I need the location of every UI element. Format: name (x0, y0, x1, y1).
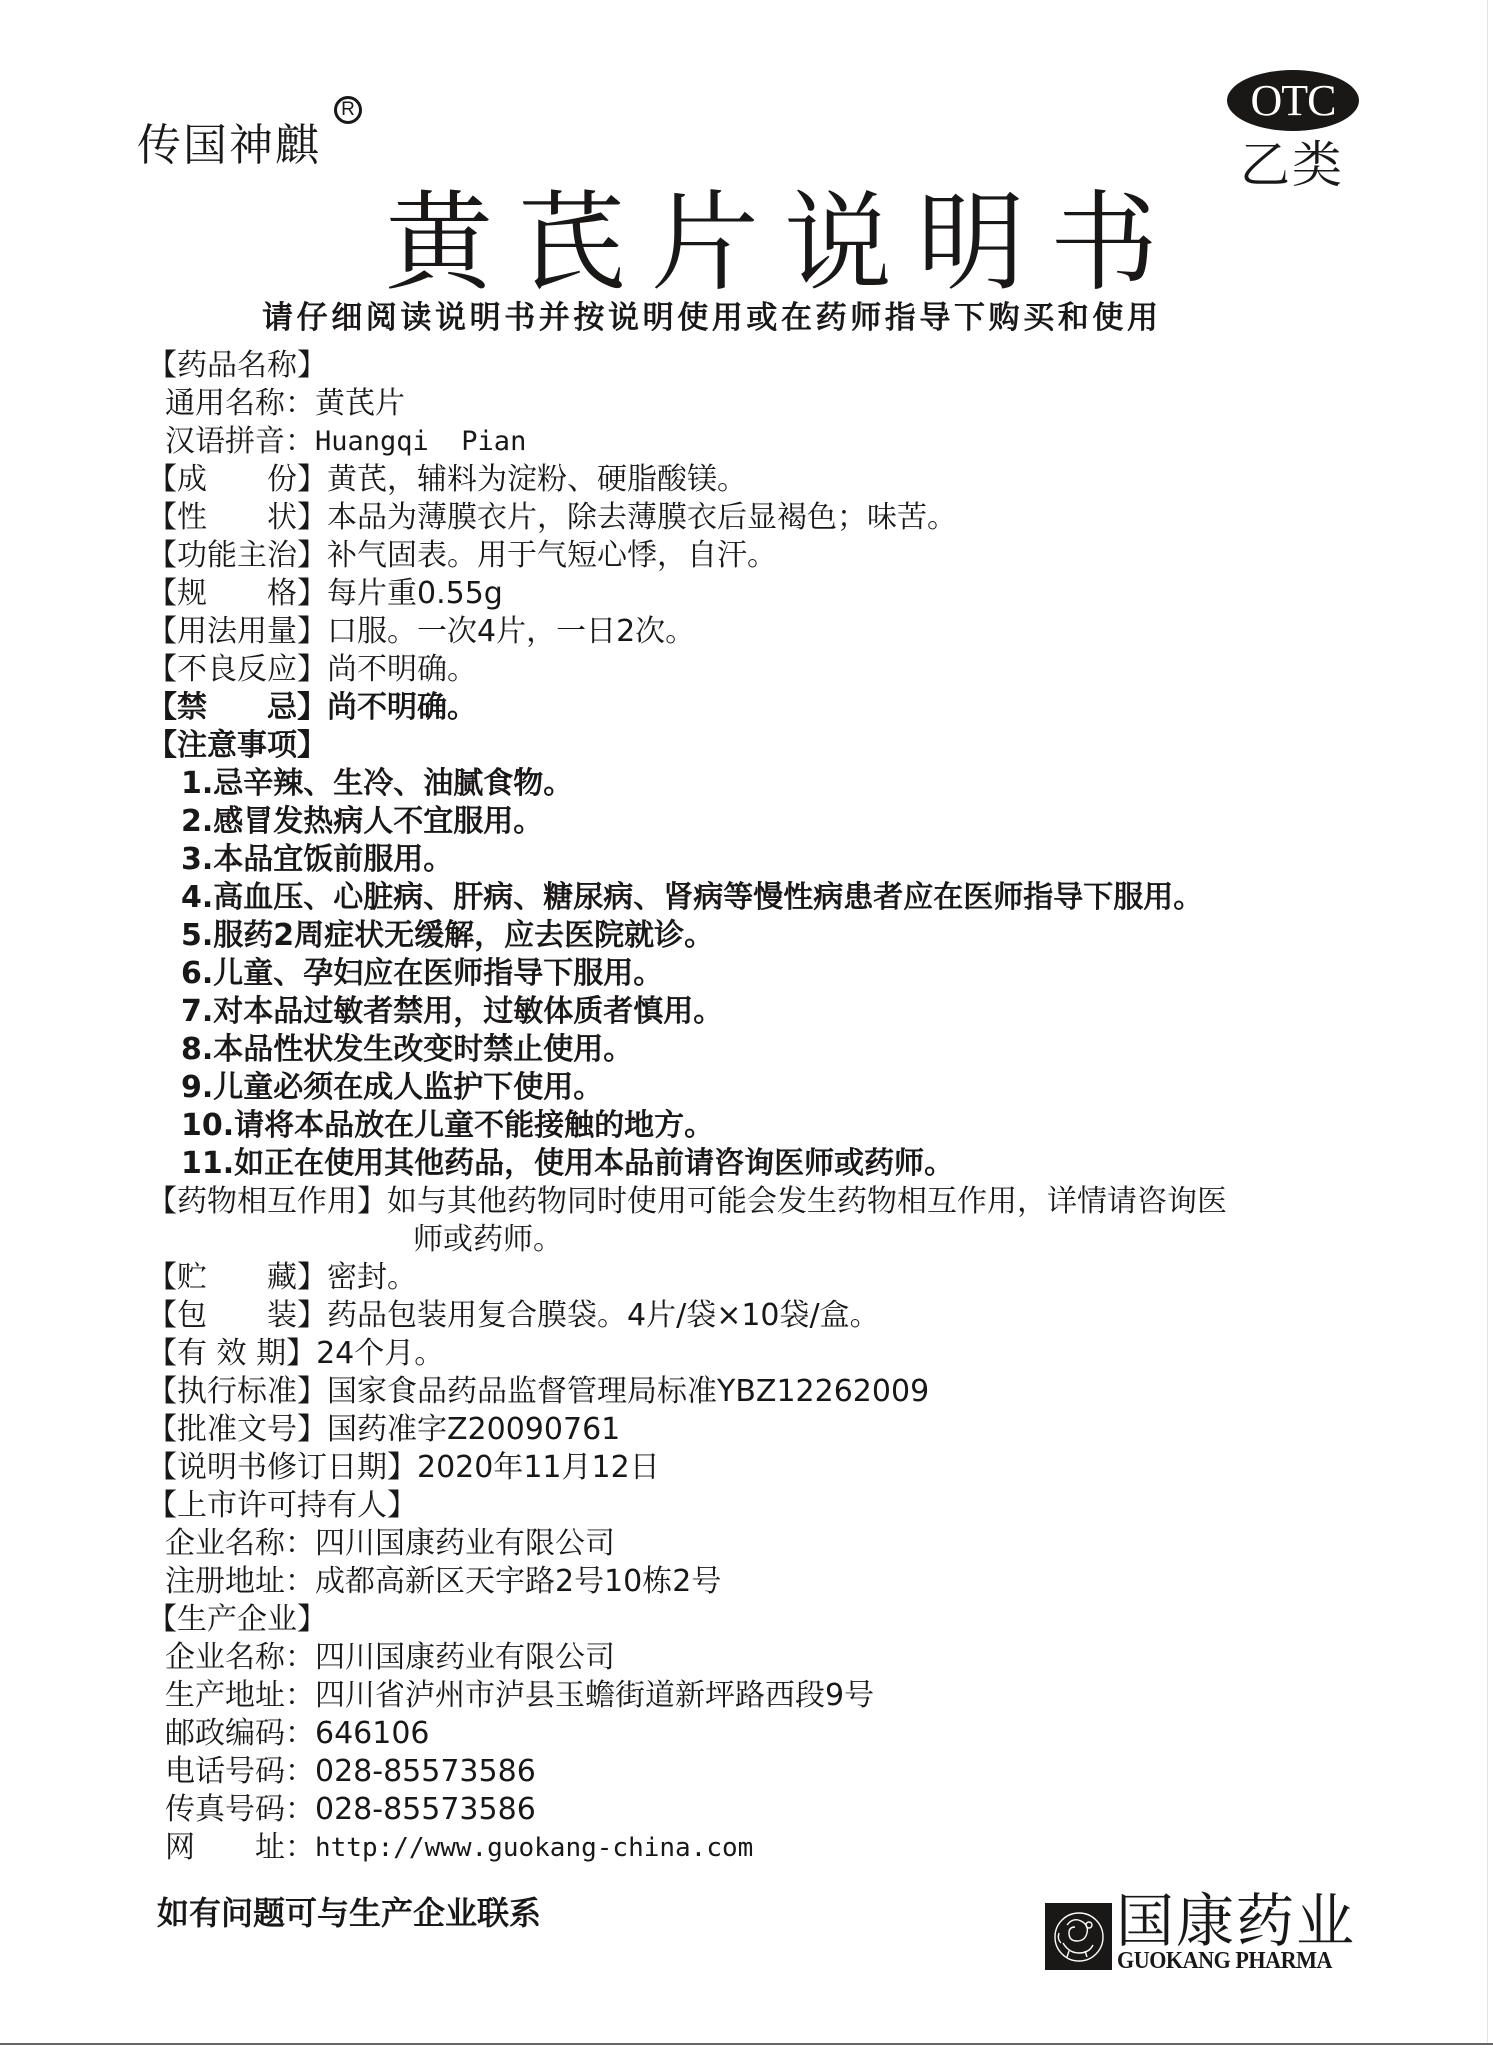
precautions-heading: 【注意事项】 (147, 727, 1387, 765)
section-label: 【成 份】 (147, 461, 327, 499)
company-logo-icon (1045, 1903, 1112, 1970)
interactions-row: 【药物相互作用】 如与其他药物同时使用可能会发生药物相互作用，详情请咨询医 (147, 1183, 1387, 1221)
revision-date-row: 【说明书修订日期】 2020年11月12日 (147, 1449, 1387, 1487)
packaging-value: 药品包装用复合膜袋。4片/袋×10袋/盒。 (327, 1297, 880, 1335)
field-label: 生产地址： (165, 1677, 315, 1715)
dosage-value: 口服。一次4片，一日2次。 (327, 613, 695, 651)
fax-value: 028-85573586 (315, 1791, 536, 1829)
section-label: 【性 状】 (147, 499, 327, 537)
section-label: 【生产企业】 (147, 1601, 327, 1639)
revision-date-value: 2020年11月12日 (417, 1449, 660, 1487)
manufacturer-address-value: 四川省泸州市泸县玉蟾街道新坪路西段9号 (315, 1677, 874, 1715)
section-label: 【贮 藏】 (147, 1259, 327, 1297)
mah-address-row: 注册地址： 成都高新区天宇路2号10栋2号 (147, 1563, 1387, 1601)
precaution-item: 9.儿童必须在成人监护下使用。 (147, 1069, 1387, 1107)
ingredients-row: 【成 份】 黄芪，辅料为淀粉、硬脂酸镁。 (147, 461, 1387, 499)
adverse-reactions-value: 尚不明确。 (327, 651, 477, 689)
field-label: 传真号码： (165, 1791, 315, 1829)
field-label: 通用名称： (165, 385, 315, 423)
shelf-life-value: 24个月。 (316, 1335, 444, 1373)
packaging-row: 【包 装】 药品包装用复合膜袋。4片/袋×10袋/盒。 (147, 1297, 1387, 1335)
manufacturer-company-value: 四川国康药业有限公司 (315, 1639, 615, 1677)
description-row: 【性 状】 本品为薄膜衣片，除去薄膜衣后显褐色；味苦。 (147, 499, 1387, 537)
contact-note: 如有问题可与生产企业联系 (157, 1892, 541, 1934)
section-label: 【有 效 期】 (147, 1335, 316, 1373)
registered-trademark-icon: R (334, 96, 362, 124)
reading-instruction: 请仔细阅读说明书并按说明使用或在药师指导下购买和使用 (262, 298, 1292, 338)
section-label: 【不良反应】 (147, 651, 327, 689)
precaution-item: 3.本品宜饭前服用。 (147, 841, 1387, 879)
approval-number-row: 【批准文号】 国药准字Z20090761 (147, 1411, 1387, 1449)
section-label: 【包 装】 (147, 1297, 327, 1335)
pinyin-row: 汉语拼音： Huangqi Pian (147, 423, 1387, 461)
ingredients-value: 黄芪，辅料为淀粉、硬脂酸镁。 (327, 461, 747, 499)
page-title: 黄芪片说明书 (385, 186, 1145, 302)
contraindications-row: 【禁 忌】 尚不明确。 (147, 689, 1387, 727)
interactions-value-continued: 师或药师。 (413, 1221, 563, 1259)
specification-value: 每片重0.55g (327, 575, 503, 613)
mah-company-value: 四川国康药业有限公司 (315, 1525, 615, 1563)
section-label: 【药品名称】 (147, 347, 327, 385)
storage-row: 【贮 藏】 密封。 (147, 1259, 1387, 1297)
section-label: 【注意事项】 (147, 727, 327, 765)
bottom-divider (0, 2043, 1493, 2045)
company-logo-text: 国康药业 (1116, 1888, 1356, 1954)
leaflet-body: 【药品名称】 通用名称： 黄芪片 汉语拼音： Huangqi Pian 【成 份… (147, 347, 1387, 1867)
generic-name-value: 黄芪片 (315, 385, 405, 423)
precaution-item: 8.本品性状发生改变时禁止使用。 (147, 1031, 1387, 1069)
section-drug-name-heading: 【药品名称】 (147, 347, 1387, 385)
precaution-item: 4.高血压、心脏病、肝病、糖尿病、肾病等慢性病患者应在医师指导下服用。 (147, 879, 1387, 917)
precaution-item: 6.儿童、孕妇应在医师指导下服用。 (147, 955, 1387, 993)
company-logo-english: GUOKANG PHARMA (1117, 1948, 1332, 1974)
indications-row: 【功能主治】 补气固表。用于气短心悸，自汗。 (147, 537, 1387, 575)
field-label: 汉语拼音： (165, 423, 315, 461)
field-label: 网 址： (165, 1829, 315, 1867)
section-label: 【执行标准】 (147, 1373, 327, 1411)
right-edge-divider (1487, 0, 1488, 2043)
section-label: 【用法用量】 (147, 613, 327, 651)
dosage-row: 【用法用量】 口服。一次4片，一日2次。 (147, 613, 1387, 651)
mah-heading: 【上市许可持有人】 (147, 1487, 1387, 1525)
postcode-row: 邮政编码： 646106 (147, 1715, 1387, 1753)
standard-value: 国家食品药品监督管理局标准YBZ12262009 (327, 1373, 929, 1411)
section-label: 【药物相互作用】 (147, 1183, 387, 1221)
field-label: 注册地址： (165, 1563, 315, 1601)
specification-row: 【规 格】 每片重0.55g (147, 575, 1387, 613)
approval-number-value: 国药准字Z20090761 (327, 1411, 620, 1449)
section-label: 【规 格】 (147, 575, 327, 613)
adverse-reactions-row: 【不良反应】 尚不明确。 (147, 651, 1387, 689)
manufacturer-address-row: 生产地址： 四川省泸州市泸县玉蟾街道新坪路西段9号 (147, 1677, 1387, 1715)
description-value: 本品为薄膜衣片，除去薄膜衣后显褐色；味苦。 (327, 499, 957, 537)
section-label: 【功能主治】 (147, 537, 327, 575)
shelf-life-row: 【有 效 期】 24个月。 (147, 1335, 1387, 1373)
interactions-row-continued: 师或药师。 (147, 1221, 1387, 1259)
postcode-value: 646106 (315, 1715, 430, 1753)
precaution-item: 5.服药2周症状无缓解，应去医院就诊。 (147, 917, 1387, 955)
otc-class-label: 乙类 (1240, 133, 1344, 197)
field-label: 邮政编码： (165, 1715, 315, 1753)
field-label: 企业名称： (165, 1525, 315, 1563)
interactions-value: 如与其他药物同时使用可能会发生药物相互作用，详情请咨询医 (387, 1183, 1227, 1221)
manufacturer-company-row: 企业名称： 四川国康药业有限公司 (147, 1639, 1387, 1677)
contraindications-value: 尚不明确。 (327, 689, 477, 727)
pinyin-value: Huangqi Pian (315, 423, 526, 461)
mah-company-row: 企业名称： 四川国康药业有限公司 (147, 1525, 1387, 1563)
precaution-item: 11.如正在使用其他药品，使用本品前请咨询医师或药师。 (147, 1145, 1387, 1183)
precaution-item: 10.请将本品放在儿童不能接触的地方。 (147, 1107, 1387, 1145)
website-link[interactable]: http://www.guokang-china.com (315, 1829, 753, 1867)
section-label: 【上市许可持有人】 (147, 1487, 417, 1525)
storage-value: 密封。 (327, 1259, 417, 1297)
standard-row: 【执行标准】 国家食品药品监督管理局标准YBZ12262009 (147, 1373, 1387, 1411)
precaution-item: 2.感冒发热病人不宜服用。 (147, 803, 1387, 841)
indications-value: 补气固表。用于气短心悸，自汗。 (327, 537, 777, 575)
precaution-item: 1.忌辛辣、生冷、油腻食物。 (147, 765, 1387, 803)
website-row: 网 址： http://www.guokang-china.com (147, 1829, 1387, 1867)
section-label: 【禁 忌】 (147, 689, 327, 727)
phone-value: 028-85573586 (315, 1753, 536, 1791)
manufacturer-heading: 【生产企业】 (147, 1601, 1387, 1639)
field-label: 电话号码： (165, 1753, 315, 1791)
field-label: 企业名称： (165, 1639, 315, 1677)
fax-row: 传真号码： 028-85573586 (147, 1791, 1387, 1829)
mah-address-value: 成都高新区天宇路2号10栋2号 (315, 1563, 721, 1601)
otc-badge: OTC (1227, 70, 1359, 131)
generic-name-row: 通用名称： 黄芪片 (147, 385, 1387, 423)
precaution-item: 7.对本品过敏者禁用，过敏体质者慎用。 (147, 993, 1387, 1031)
brand-name: 传国神麒 (137, 118, 321, 174)
section-label: 【批准文号】 (147, 1411, 327, 1449)
section-label: 【说明书修订日期】 (147, 1449, 417, 1487)
phone-row: 电话号码： 028-85573586 (147, 1753, 1387, 1791)
